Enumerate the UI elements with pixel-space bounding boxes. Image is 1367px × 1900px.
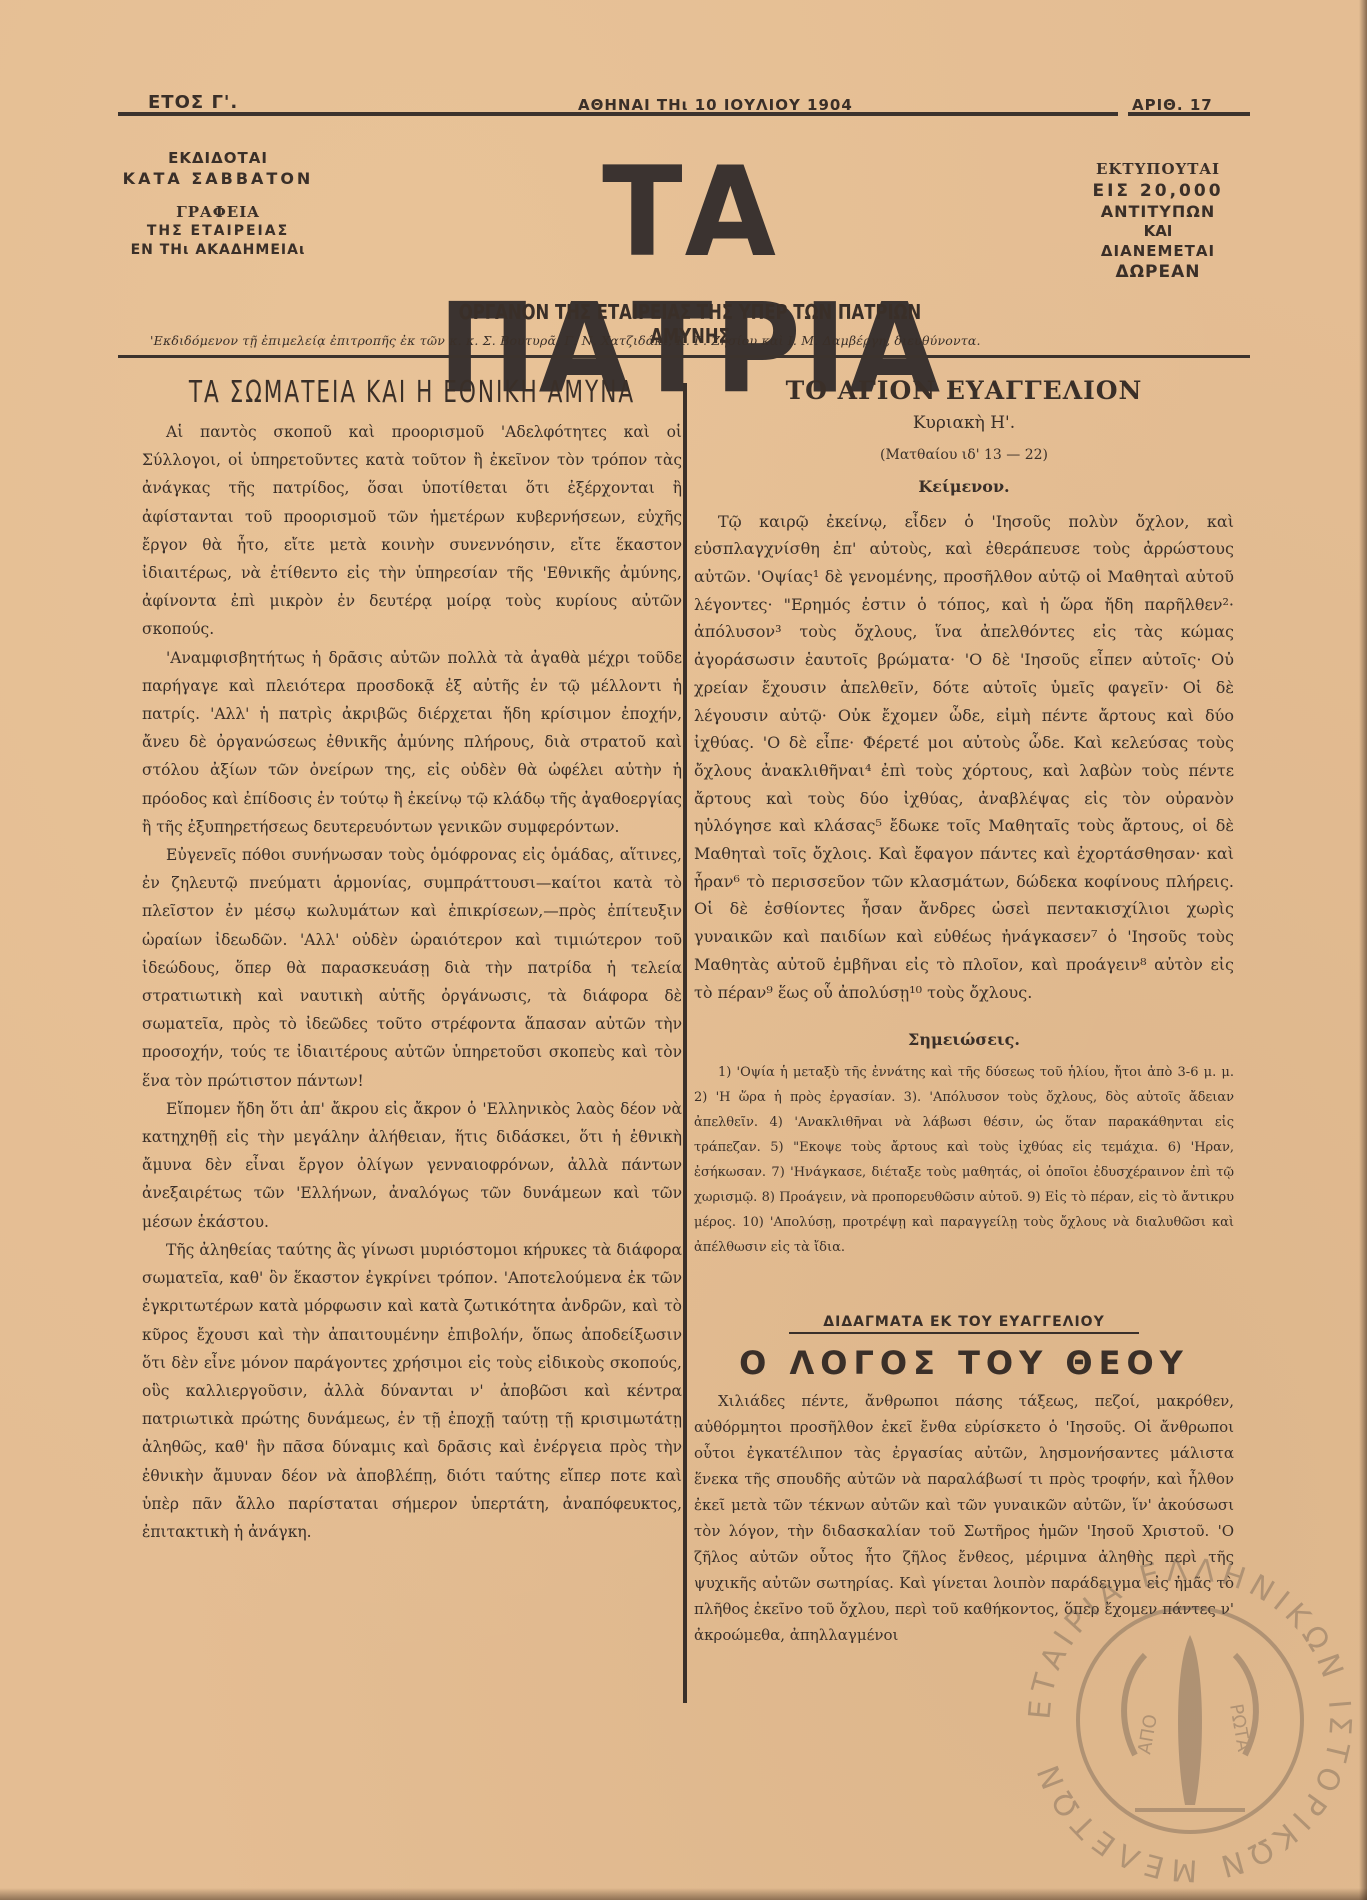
masthead-rule [118,355,1250,358]
notes-title: Σημειώσεις. [694,1026,1234,1054]
ear-right-line1: ΕΚΤΥΠΟΥΤΑΙ [1058,160,1258,180]
top-rule-right [1128,112,1250,116]
editors-line: 'Εκδιδόμενον τῇ ἐπιμελείᾳ ἐπιτροπῆς ἐκ τ… [150,333,1250,348]
gospel-sunday: Κυριακὴ Η'. [694,409,1234,437]
ear-left-line1: ΕΚΔΙΔΟΤΑΙ [118,148,318,168]
article-paragraph: Εἴπομεν ἤδη ὅτι ἀπ' ἄκρου εἰς ἄκρον ὁ 'Ε… [142,1095,682,1236]
sermon-kicker: ΔΙΔΑΓΜΑΤΑ ΕΚ ΤΟΥ ΕΥΑΓΓΕΛΙΟΥ [694,1314,1234,1330]
gospel-reference: (Ματθαίου ιδ' 13 — 22) [694,441,1234,469]
article-paragraph: Εὐγενεῖς πόθοι συνήνωσαν τοὺς ὁμόφρονας … [142,841,682,1095]
masthead-left-ear: ΕΚΔΙΔΟΤΑΙ ΚΑΤΑ ΣΑΒΒΑΤΟΝ ΓΡΑΦΕΙΑ ΤΗΣ ΕΤΑΙ… [118,148,318,260]
ear-left-line4: ΤΗΣ ΕΤΑΙΡΕΙΑΣ [118,222,318,241]
left-column: ΤΑ ΣΩΜΑΤΕΙΑ ΚΑΙ Η ΕΘΝΙΚΗ ΑΜΥΝΑ Αἱ παντὸς… [142,370,682,1546]
column-divider [683,383,687,1703]
top-rule-left [118,112,1118,116]
gospel-text: Τῷ καιρῷ ἐκείνῳ, εἶδεν ὁ 'Ιησοῦς πολὺν ὄ… [694,508,1234,1007]
ear-right-line2: ΕΙΣ 20,000 [1058,180,1258,202]
ear-right-line6: ΔΩΡΕΑΝ [1058,261,1258,283]
article-headline: ΤΑ ΣΩΜΑΤΕΙΑ ΚΑΙ Η ΕΘΝΙΚΗ ΑΜΥΝΑ [142,375,682,410]
masthead-right-ear: ΕΚΤΥΠΟΥΤΑΙ ΕΙΣ 20,000 ΑΝΤΙΤΥΠΩΝ ΚΑΙ ΔΙΑΝ… [1058,160,1258,283]
right-column: ΤΟ ΑΓΙΟΝ ΕΥΑΓΓΕΛΙΟΝ Κυριακὴ Η'. (Ματθαίο… [694,370,1234,1648]
ear-left-line3: ΓΡΑΦΕΙΑ [118,202,318,222]
gospel-text-label: Κείμενον. [694,473,1234,501]
article-paragraph: Τῆς ἀληθείας ταύτης ἂς γίνωσι μυριόστομο… [142,1236,682,1546]
gospel-headline: ΤΟ ΑΓΙΟΝ ΕΥΑΓΓΕΛΙΟΝ [694,376,1234,405]
ear-left-line2: ΚΑΤΑ ΣΑΒΒΑΤΟΝ [118,168,318,190]
article-paragraph: Αἱ παντὸς σκοποῦ καὶ προορισμοῦ 'Αδελφότ… [142,418,682,644]
year-label: ΕΤΟΣ Γ'. [148,92,238,113]
article-paragraph: 'Αναμφισβητήτως ἡ δρᾶσις αὐτῶν πολλὰ τὰ … [142,644,682,841]
page-bottom-shadow [0,1888,1367,1900]
ear-right-line4: ΚΑΙ [1058,222,1258,242]
ear-right-line3: ΑΝΤΙΤΥΠΩΝ [1058,202,1258,223]
sermon-text: Χιλιάδες πέντε, ἄνθρωποι πάσης τάξεως, π… [694,1388,1234,1648]
page-edge-shadow [1359,0,1367,1900]
notes-text: 1) 'Οψία ἡ μεταξὺ τῆς ἐννάτης καὶ τῆς δύ… [694,1060,1234,1260]
ear-left-line5: ΕΝ ΤΗι ΑΚΑΔΗΜΕΙΑι [118,241,318,260]
ear-right-line5: ΔΙΑΝΕΜΕΤΑΙ [1058,242,1258,262]
kicker-underline [789,1332,1139,1334]
sermon-headline: Ο ΛΟΓΟΣ ΤΟΥ ΘΕΟΥ [694,1344,1234,1382]
